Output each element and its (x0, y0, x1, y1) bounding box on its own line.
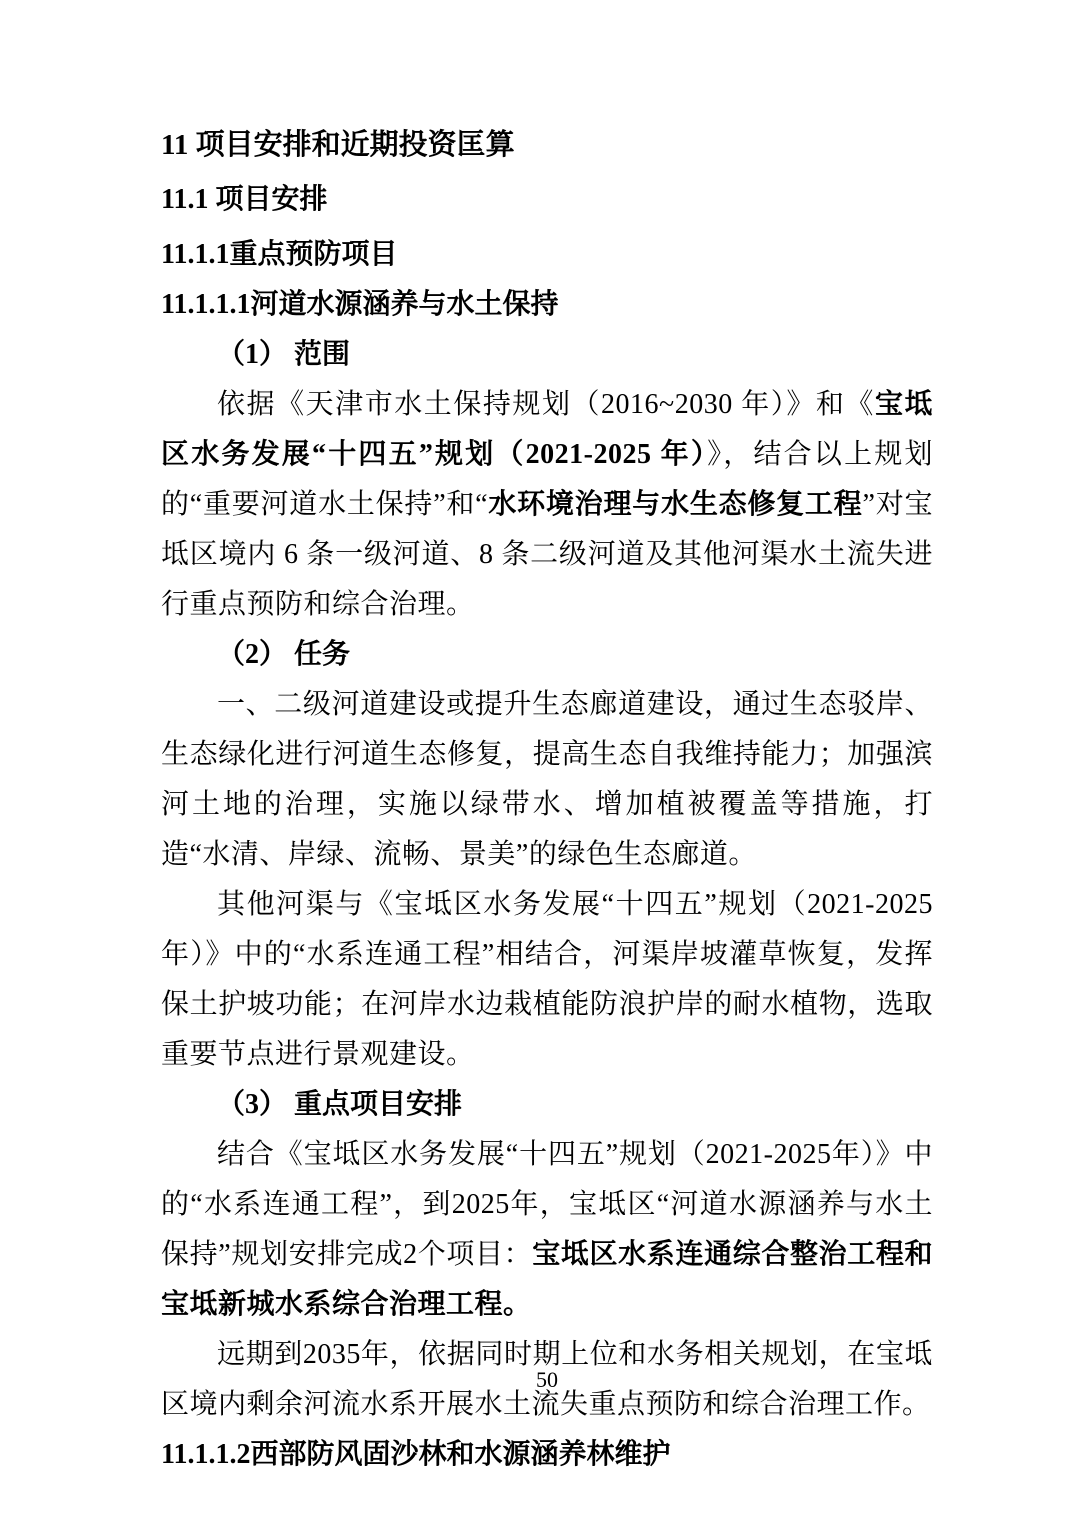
text-run: 一、二级河道建设或提升生态廊道建设，通过生态驳岸、生态绿化进行河道生态修复，提高… (161, 689, 933, 870)
paragraph-scope: 依据《天津市水土保持规划（2016~2030 年）》和《宝坻区水务发展“十四五”… (161, 380, 933, 630)
text-run: 其他河渠与《宝坻区水务发展“十四五”规划（2021-2025 年）》中的“水系连… (161, 889, 933, 1070)
heading-11-1: 11.1 项目安排 (161, 175, 933, 225)
text-run: 依据《天津市水土保持规划（2016~2030 年）》和《 (217, 389, 875, 420)
bold-text-run: 水环境治理与水生态修复工程 (488, 489, 862, 520)
heading-11-1-1: 11.1.1重点预防项目 (161, 230, 933, 280)
page-number: 50 (161, 1366, 933, 1394)
list-heading-3: （3） 重点项目安排 (161, 1080, 933, 1130)
document-content: 11 项目安排和近期投资匡算11.1 项目安排11.1.1重点预防项目11.1.… (161, 120, 933, 1480)
heading-11: 11 项目安排和近期投资匡算 (161, 120, 933, 170)
list-heading-2: （2） 任务 (161, 630, 933, 680)
list-heading-1: （1） 范围 (161, 330, 933, 380)
heading-11-1-1-2: 11.1.1.2西部防风固沙林和水源涵养林维护 (161, 1430, 933, 1480)
heading-11-1-1-1: 11.1.1.1河道水源涵养与水土保持 (161, 280, 933, 330)
document-page: 11 项目安排和近期投资匡算11.1 项目安排11.1.1重点预防项目11.1.… (0, 0, 1074, 1520)
paragraph-task-2: 其他河渠与《宝坻区水务发展“十四五”规划（2021-2025 年）》中的“水系连… (161, 880, 933, 1080)
paragraph-task-1: 一、二级河道建设或提升生态廊道建设，通过生态驳岸、生态绿化进行河道生态修复，提高… (161, 680, 933, 880)
paragraph-key-projects: 结合《宝坻区水务发展“十四五”规划（2021-2025年）》中的“水系连通工程”… (161, 1130, 933, 1330)
